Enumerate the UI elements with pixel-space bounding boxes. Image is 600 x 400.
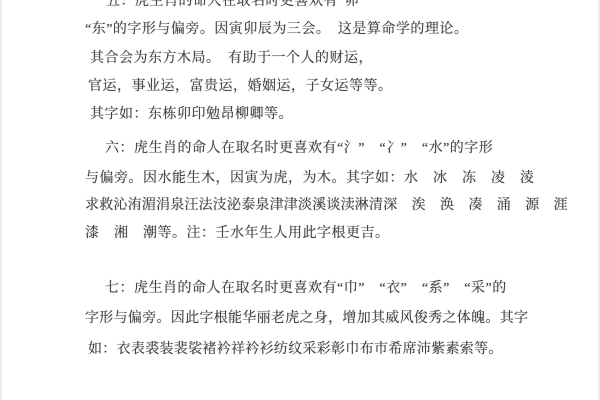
text-line-section7-1: 七：虎生肖的命人在取名时更喜欢有“巾” “衣” “系” “采”的	[105, 281, 507, 297]
text-line-section6-4: 漆 湘 潮等。注：壬水年生人用此字根更吉。	[85, 226, 390, 242]
text-line-section5-5: 其字如：东栋卯印勉昂柳卿等。	[90, 107, 293, 123]
text-line-section5-3: 其合会为东方木局。 有助于一个人的财运，	[90, 51, 373, 67]
text-line-section5-1: 五：虎生肖的命人在取名时更喜欢有“卯”	[106, 0, 366, 10]
text-line-section5-2: “东”的字形与偏旁。因寅卯辰为三会。 这是算命学的理论。	[85, 22, 468, 38]
document-page: 五：虎生肖的命人在取名时更喜欢有“卯” “东”的字形与偏旁。因寅卯辰为三会。 这…	[0, 0, 600, 400]
text-line-section6-1: 六：虎生肖的命人在取名时更喜欢有“氵” “冫” “水”的字形	[105, 141, 493, 157]
text-line-section7-3: 如：衣表裘装裴裟褚衿祥衿衫纺纹采彩彰巾布市希席沛紫素索等。	[88, 342, 503, 358]
text-line-section6-2: 与偏旁。因水能生木，因寅为虎，为木。其字如：水 冰 冻 凌 淩	[85, 171, 535, 187]
text-line-section6-3: 求救沁洧湄涓泉汪法汥泌泰泉津津淡溪谈渎淋清深 涘 涣 凑 涌 源 涯	[85, 198, 568, 214]
text-line-section5-4: 官运，事业运，富贵运，婚姻运，子女运等等。	[88, 79, 393, 95]
text-line-section7-2: 字形与偏旁。因此字根能华丽老虎之身，增加其威风俊秀之体魄。其字	[85, 311, 528, 327]
